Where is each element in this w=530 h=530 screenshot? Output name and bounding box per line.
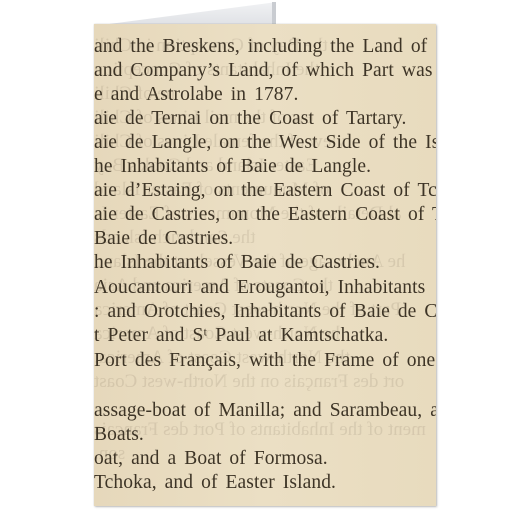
text-line: he Inhabitants of Baie de Langle. (94, 156, 371, 178)
greeting-card-front: the Bay of Conception in Chili the Inhab… (94, 24, 436, 506)
text-line: Boats. (94, 424, 144, 446)
text-line: Baie de Castries. (94, 228, 233, 250)
text-line: assage-boat of Manilla; and Sarambeau, a… (94, 400, 436, 422)
card-back-flap-edge (272, 2, 276, 26)
text-line: aie d’Estaing, on the Eastern Coast of T… (94, 180, 436, 202)
card-back-flap (94, 0, 276, 26)
text-line: and Company’s Land, of which Part was ex (94, 60, 436, 82)
text-line: Tchoka, and of Easter Island. (94, 472, 336, 494)
text-line: Aoucantouri and Erougantoi, Inhabitants (94, 277, 425, 299)
printed-text-block: and the Breskens, including the Land of … (94, 24, 436, 506)
text-line: and the Breskens, including the Land of (94, 36, 427, 58)
text-line: e and Astrolabe in 1787. (94, 84, 299, 106)
text-line: aie de Ternai on the Coast of Tartary. (94, 108, 406, 130)
text-line: : and Orotchies, Inhabitants of Baie de … (94, 301, 436, 323)
text-line: oat, and a Boat of Formosa. (94, 448, 328, 470)
text-line: aie de Castries, on the Eastern Coast of… (94, 204, 436, 226)
text-line: he Inhabitants of Baie de Castries. (94, 252, 380, 274)
text-line: Port des Français, with the Frame of one (94, 350, 435, 372)
text-line: aie de Langle, on the West Side of the I… (94, 132, 436, 154)
text-line: t Peter and Sᵗ Paul at Kamtschatka. (94, 325, 388, 347)
